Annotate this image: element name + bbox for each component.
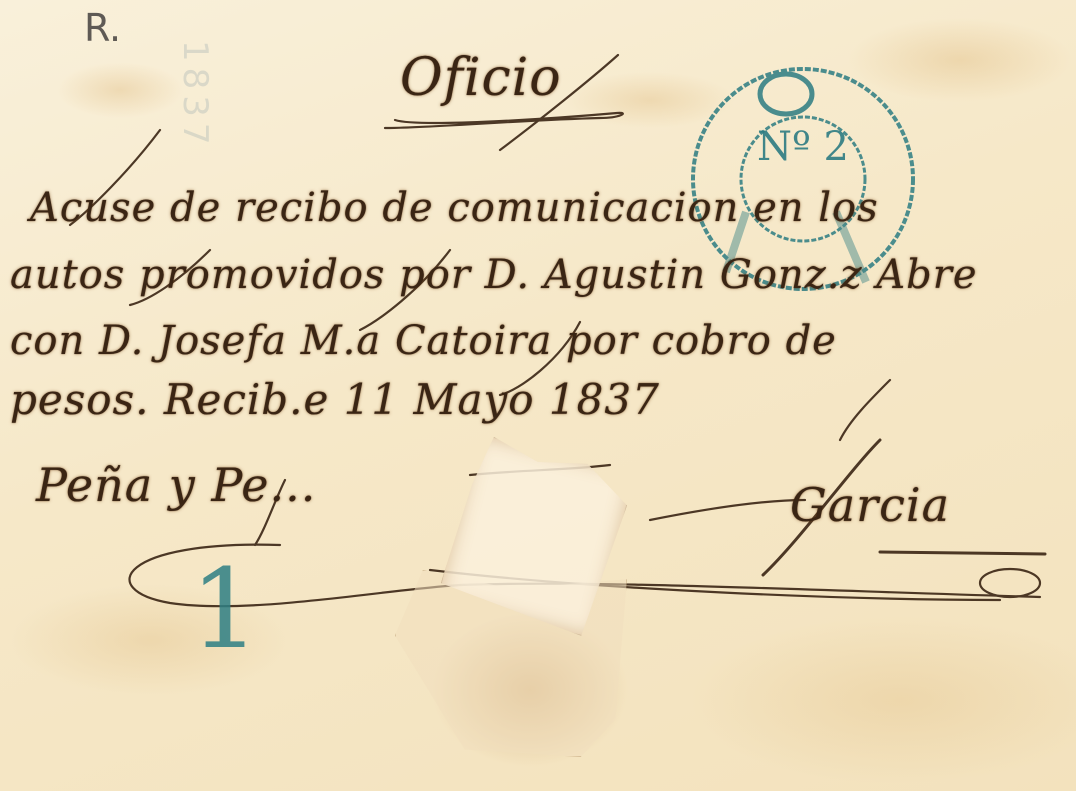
postmark-number: Nº 2	[748, 124, 858, 170]
body-line-2: autos promovidos por D. Agustin Gonz.z A…	[10, 252, 978, 298]
document-heading: Oficio	[400, 48, 562, 108]
body-line-4: pesos. Recib.e 11 Mayo 1837	[10, 375, 660, 424]
blue-number-mark: 1	[190, 545, 260, 673]
body-line-1: Acuse de recibo de comunicacion en los	[30, 185, 879, 231]
body-line-3: con D. Josefa M.a Catoira por cobro de	[10, 318, 837, 364]
signature-left: Peña y Pe...	[36, 458, 316, 512]
signature-right: Garcia	[790, 478, 950, 532]
